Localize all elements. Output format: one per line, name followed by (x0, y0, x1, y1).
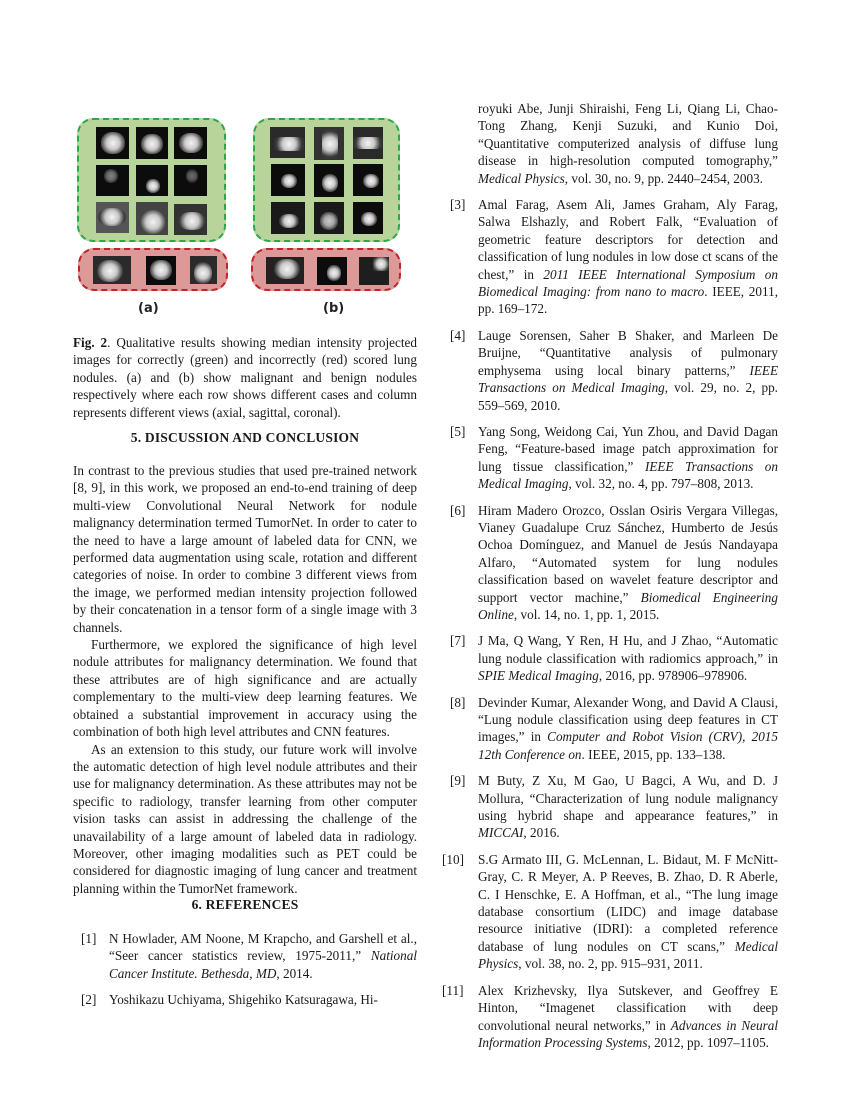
reference-item: [10] S.G Armato III, G. McLennan, L. Bid… (442, 851, 778, 973)
reference-venue: Medical Physics (478, 171, 565, 186)
panel-a-correct (77, 118, 226, 242)
section-title-discussion: 5. DISCUSSION AND CONCLUSION (73, 430, 417, 446)
reference-item: [6] Hiram Madero Orozco, Osslan Osiris V… (442, 502, 778, 624)
paragraph: In contrast to the previous studies that… (73, 462, 417, 636)
nodule-thumb (314, 164, 344, 197)
nodule-thumb (96, 165, 129, 196)
reference-item: [1] N Howlader, AM Noone, M Krapcho, and… (73, 930, 417, 982)
reference-number: [3] (450, 196, 465, 213)
section-title-references: 6. REFERENCES (73, 897, 417, 913)
nodule-thumb (353, 202, 383, 234)
figure-2: (a) (b) (77, 118, 407, 323)
reference-item: [9] M Buty, Z Xu, M Gao, U Bagci, A Wu, … (442, 772, 778, 842)
reference-number: [4] (450, 327, 465, 344)
nodule-thumb (353, 127, 383, 159)
nodule-thumb (96, 127, 129, 159)
panel-a-incorrect (78, 248, 228, 291)
references-list-right: royuki Abe, Junji Shiraishi, Feng Li, Qi… (442, 100, 778, 1060)
nodule-thumb (271, 164, 305, 196)
reference-item: [5] Yang Song, Weidong Cai, Yun Zhou, an… (442, 423, 778, 493)
reference-number: [7] (450, 632, 465, 649)
reference-number: [10] (442, 851, 464, 868)
reference-number: [1] (81, 930, 96, 947)
reference-number: [6] (450, 502, 465, 519)
paragraph: Furthermore, we explored the significanc… (73, 636, 417, 740)
reference-item: [3] Amal Farag, Asem Ali, James Graham, … (442, 196, 778, 318)
reference-item: [4] Lauge Sorensen, Saher B Shaker, and … (442, 327, 778, 414)
reference-item: [8] Devinder Kumar, Alexander Wong, and … (442, 694, 778, 764)
caption-text: . Qualitative results showing median int… (73, 335, 417, 420)
panel-b-incorrect (251, 248, 401, 291)
nodule-thumb (314, 202, 344, 234)
nodule-thumb (146, 256, 176, 285)
nodule-thumb (136, 127, 168, 159)
panel-b-correct (253, 118, 400, 242)
nodule-thumb (190, 256, 217, 284)
nodule-thumb (314, 127, 344, 160)
nodule-thumb (96, 202, 129, 233)
nodule-thumb (353, 164, 383, 196)
figure-caption: Fig. 2. Qualitative results showing medi… (73, 334, 417, 421)
discussion-body: In contrast to the previous studies that… (73, 462, 417, 897)
reference-item: [2] Yoshikazu Uchiyama, Shigehiko Katsur… (73, 991, 417, 1008)
figure-label-b: (b) (323, 301, 344, 316)
caption-label: Fig. 2 (73, 335, 107, 350)
nodule-thumb (136, 165, 168, 196)
reference-venue: MICCAI (478, 825, 523, 840)
nodule-thumb (136, 202, 168, 235)
nodule-thumb (271, 202, 305, 234)
nodule-thumb (359, 257, 389, 285)
reference-item: [11] Alex Krizhevsky, Ilya Sutskever, an… (442, 982, 778, 1052)
nodule-thumb (270, 127, 305, 158)
reference-number: [2] (81, 991, 96, 1008)
reference-number: [9] (450, 772, 465, 789)
reference-item: [7] J Ma, Q Wang, Y Ren, H Hu, and J Zha… (442, 632, 778, 684)
reference-number: [5] (450, 423, 465, 440)
reference-number: [11] (442, 982, 463, 999)
nodule-thumb (174, 204, 207, 235)
references-list-left: [1] N Howlader, AM Noone, M Krapcho, and… (73, 930, 417, 1018)
reference-item-continued: royuki Abe, Junji Shiraishi, Feng Li, Qi… (442, 100, 778, 187)
nodule-thumb (174, 165, 207, 196)
figure-label-a: (a) (138, 301, 159, 316)
nodule-thumb (317, 257, 347, 285)
reference-number: [8] (450, 694, 465, 711)
nodule-thumb (174, 127, 207, 159)
nodule-thumb (266, 257, 304, 284)
nodule-thumb (93, 256, 131, 284)
paragraph: As an extension to this study, our futur… (73, 741, 417, 898)
reference-venue: SPIE Medical Imaging (478, 668, 599, 683)
